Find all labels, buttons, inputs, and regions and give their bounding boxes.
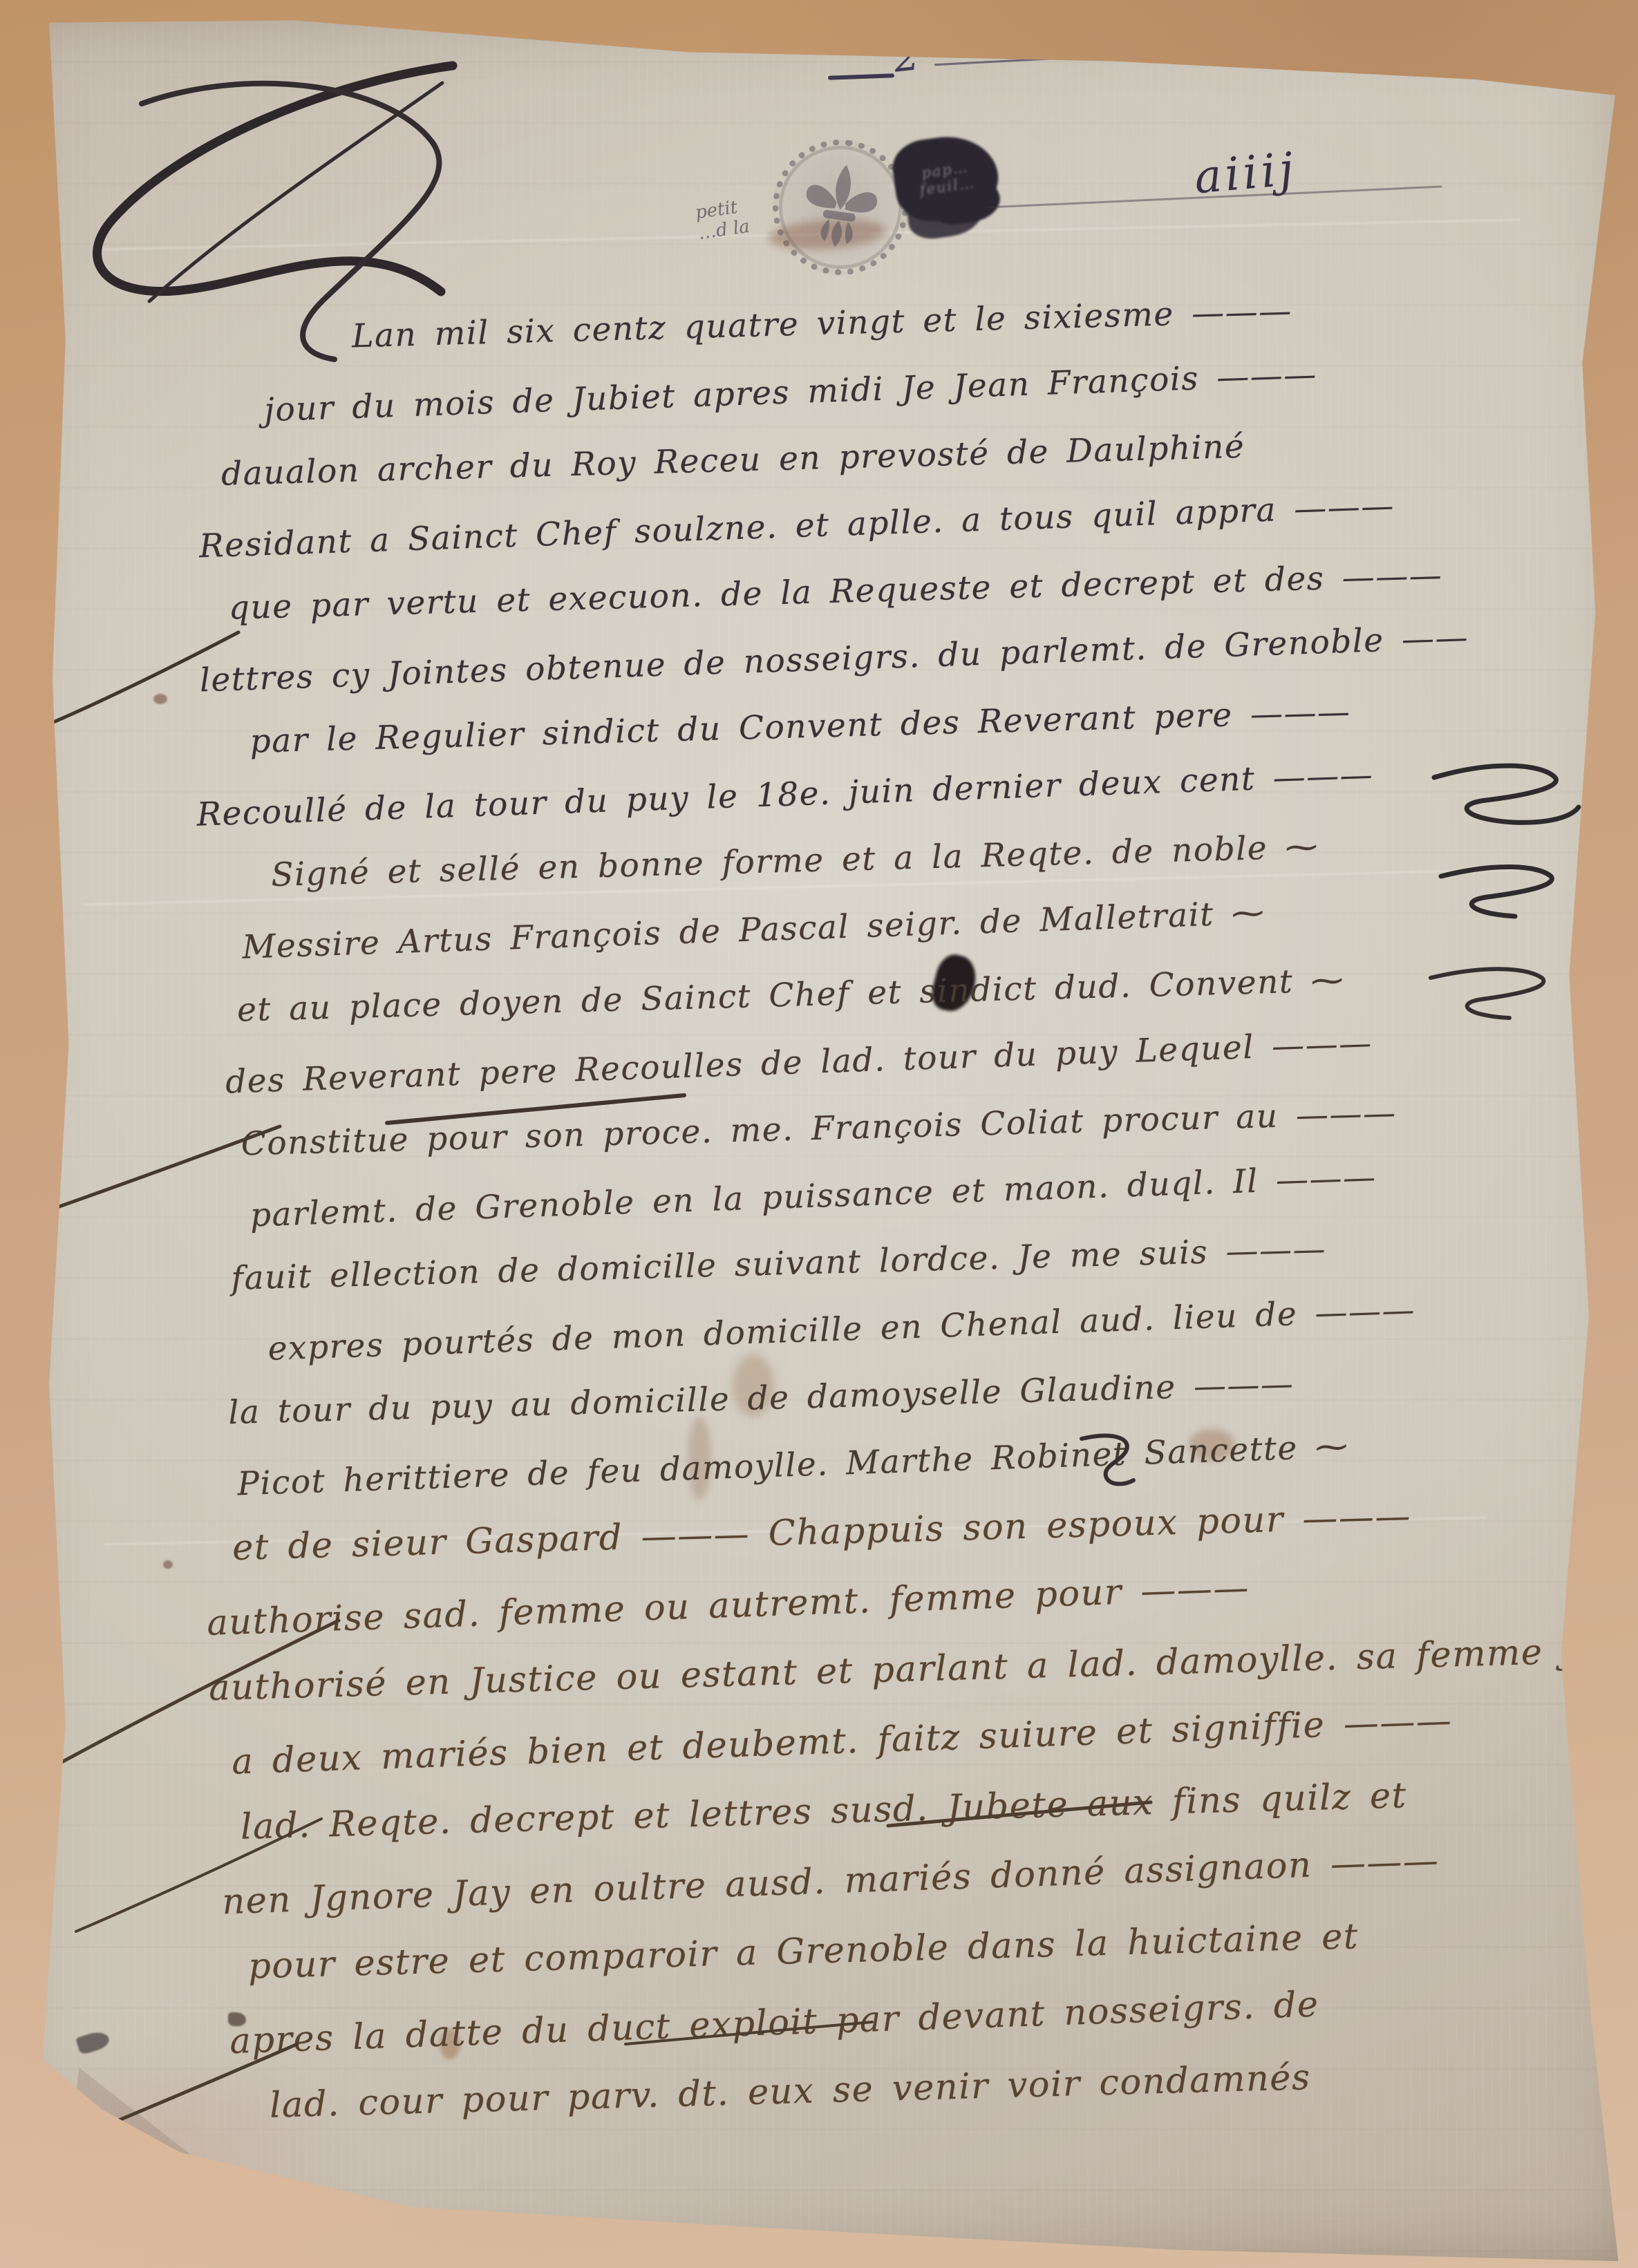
initial-flourish bbox=[97, 66, 453, 292]
initial-flourish bbox=[149, 83, 442, 301]
sheet-number: 2 bbox=[892, 32, 922, 81]
corner-fold bbox=[66, 2068, 225, 2182]
dash-stroke bbox=[828, 73, 894, 79]
text-lines: Lan mil six centz quatre vingt et le six… bbox=[178, 270, 1559, 2144]
foxing-spot bbox=[163, 1560, 173, 1569]
dash-stroke bbox=[934, 55, 1100, 66]
manuscript-page: 2 aiiij petit bbox=[0, 0, 1638, 2268]
counterstamp-ink-blot: pap… feuil… bbox=[889, 130, 1003, 227]
fleur-de-lis-icon bbox=[782, 149, 898, 265]
stamp-caption: petit …d la bbox=[694, 196, 751, 244]
ink-speck bbox=[75, 2029, 111, 2056]
stamp-ring bbox=[764, 131, 916, 283]
foxing-spot bbox=[153, 694, 167, 704]
photographed-manuscript-scene: 2 aiiij petit bbox=[0, 0, 1638, 2268]
folio-mark: aiiij bbox=[1192, 142, 1299, 205]
tax-stamp: petit …d la pap… feuil… bbox=[697, 124, 1084, 304]
